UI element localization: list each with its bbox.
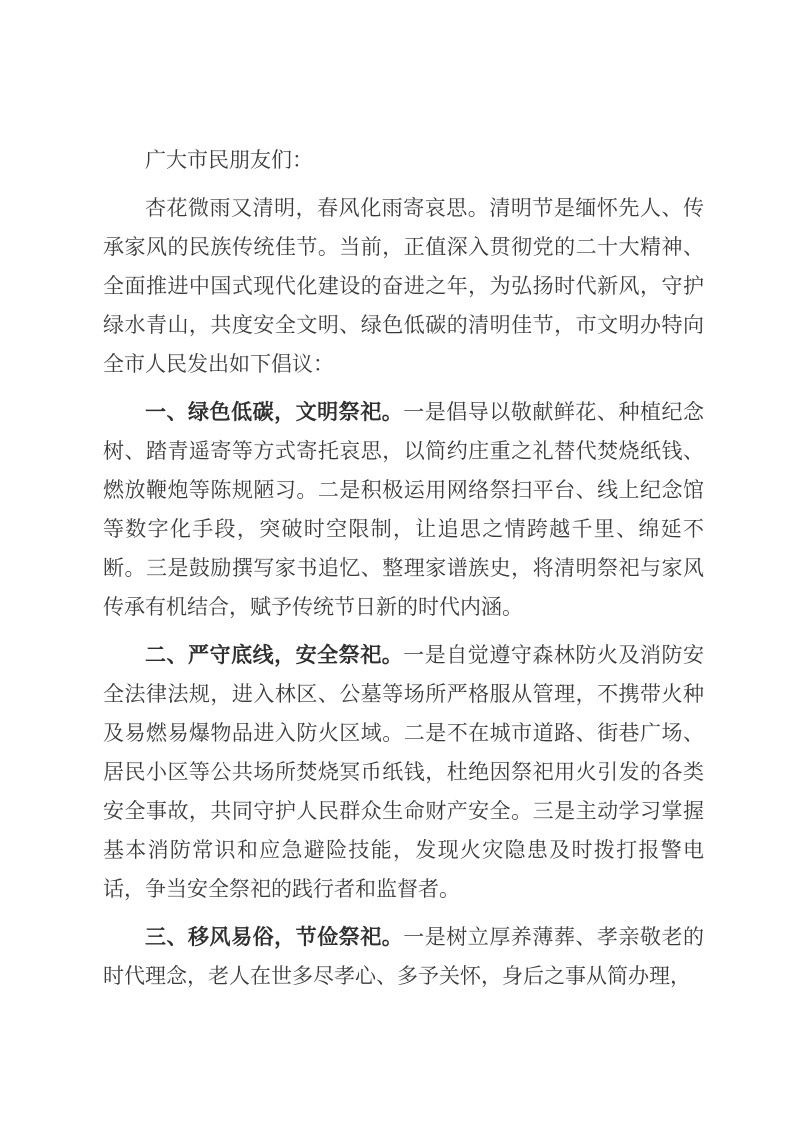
section-2-heading: 二、严守底线，安全祭祀。 (145, 643, 403, 667)
section-1-body: 一是倡导以敬献鲜花、种植纪念树、踏青遥寄等方式寄托哀思，以简约庄重之礼替代焚烧纸… (103, 400, 704, 619)
document-page: 广大市民朋友们： 杏花微雨又清明，春风化雨寄哀思。清明节是缅怀先人、传承家风的民… (0, 0, 793, 1122)
salutation: 广大市民朋友们： (103, 141, 704, 180)
section-3-heading: 三、移风易俗，节俭祭祀。 (145, 925, 403, 949)
intro-paragraph: 杏花微雨又清明，春风化雨寄哀思。清明节是缅怀先人、传承家风的民族传统佳节。当前，… (103, 189, 704, 384)
section-2-paragraph: 二、严守底线，安全祭祀。一是自觉遵守森林防火及消防安全法律法规，进入林区、公墓等… (103, 636, 704, 909)
section-1-paragraph: 一、绿色低碳，文明祭祀。一是倡导以敬献鲜花、种植纪念树、踏青遥寄等方式寄托哀思，… (103, 393, 704, 627)
section-3-paragraph: 三、移风易俗，节俭祭祀。一是树立厚养薄葬、孝亲敬老的时代理念，老人在世多尽孝心、… (103, 918, 704, 996)
section-2-body: 一是自觉遵守森林防火及消防安全法律法规，进入林区、公墓等场所严格服从管理，不携带… (103, 643, 704, 901)
section-1-heading: 一、绿色低碳，文明祭祀。 (145, 400, 403, 424)
